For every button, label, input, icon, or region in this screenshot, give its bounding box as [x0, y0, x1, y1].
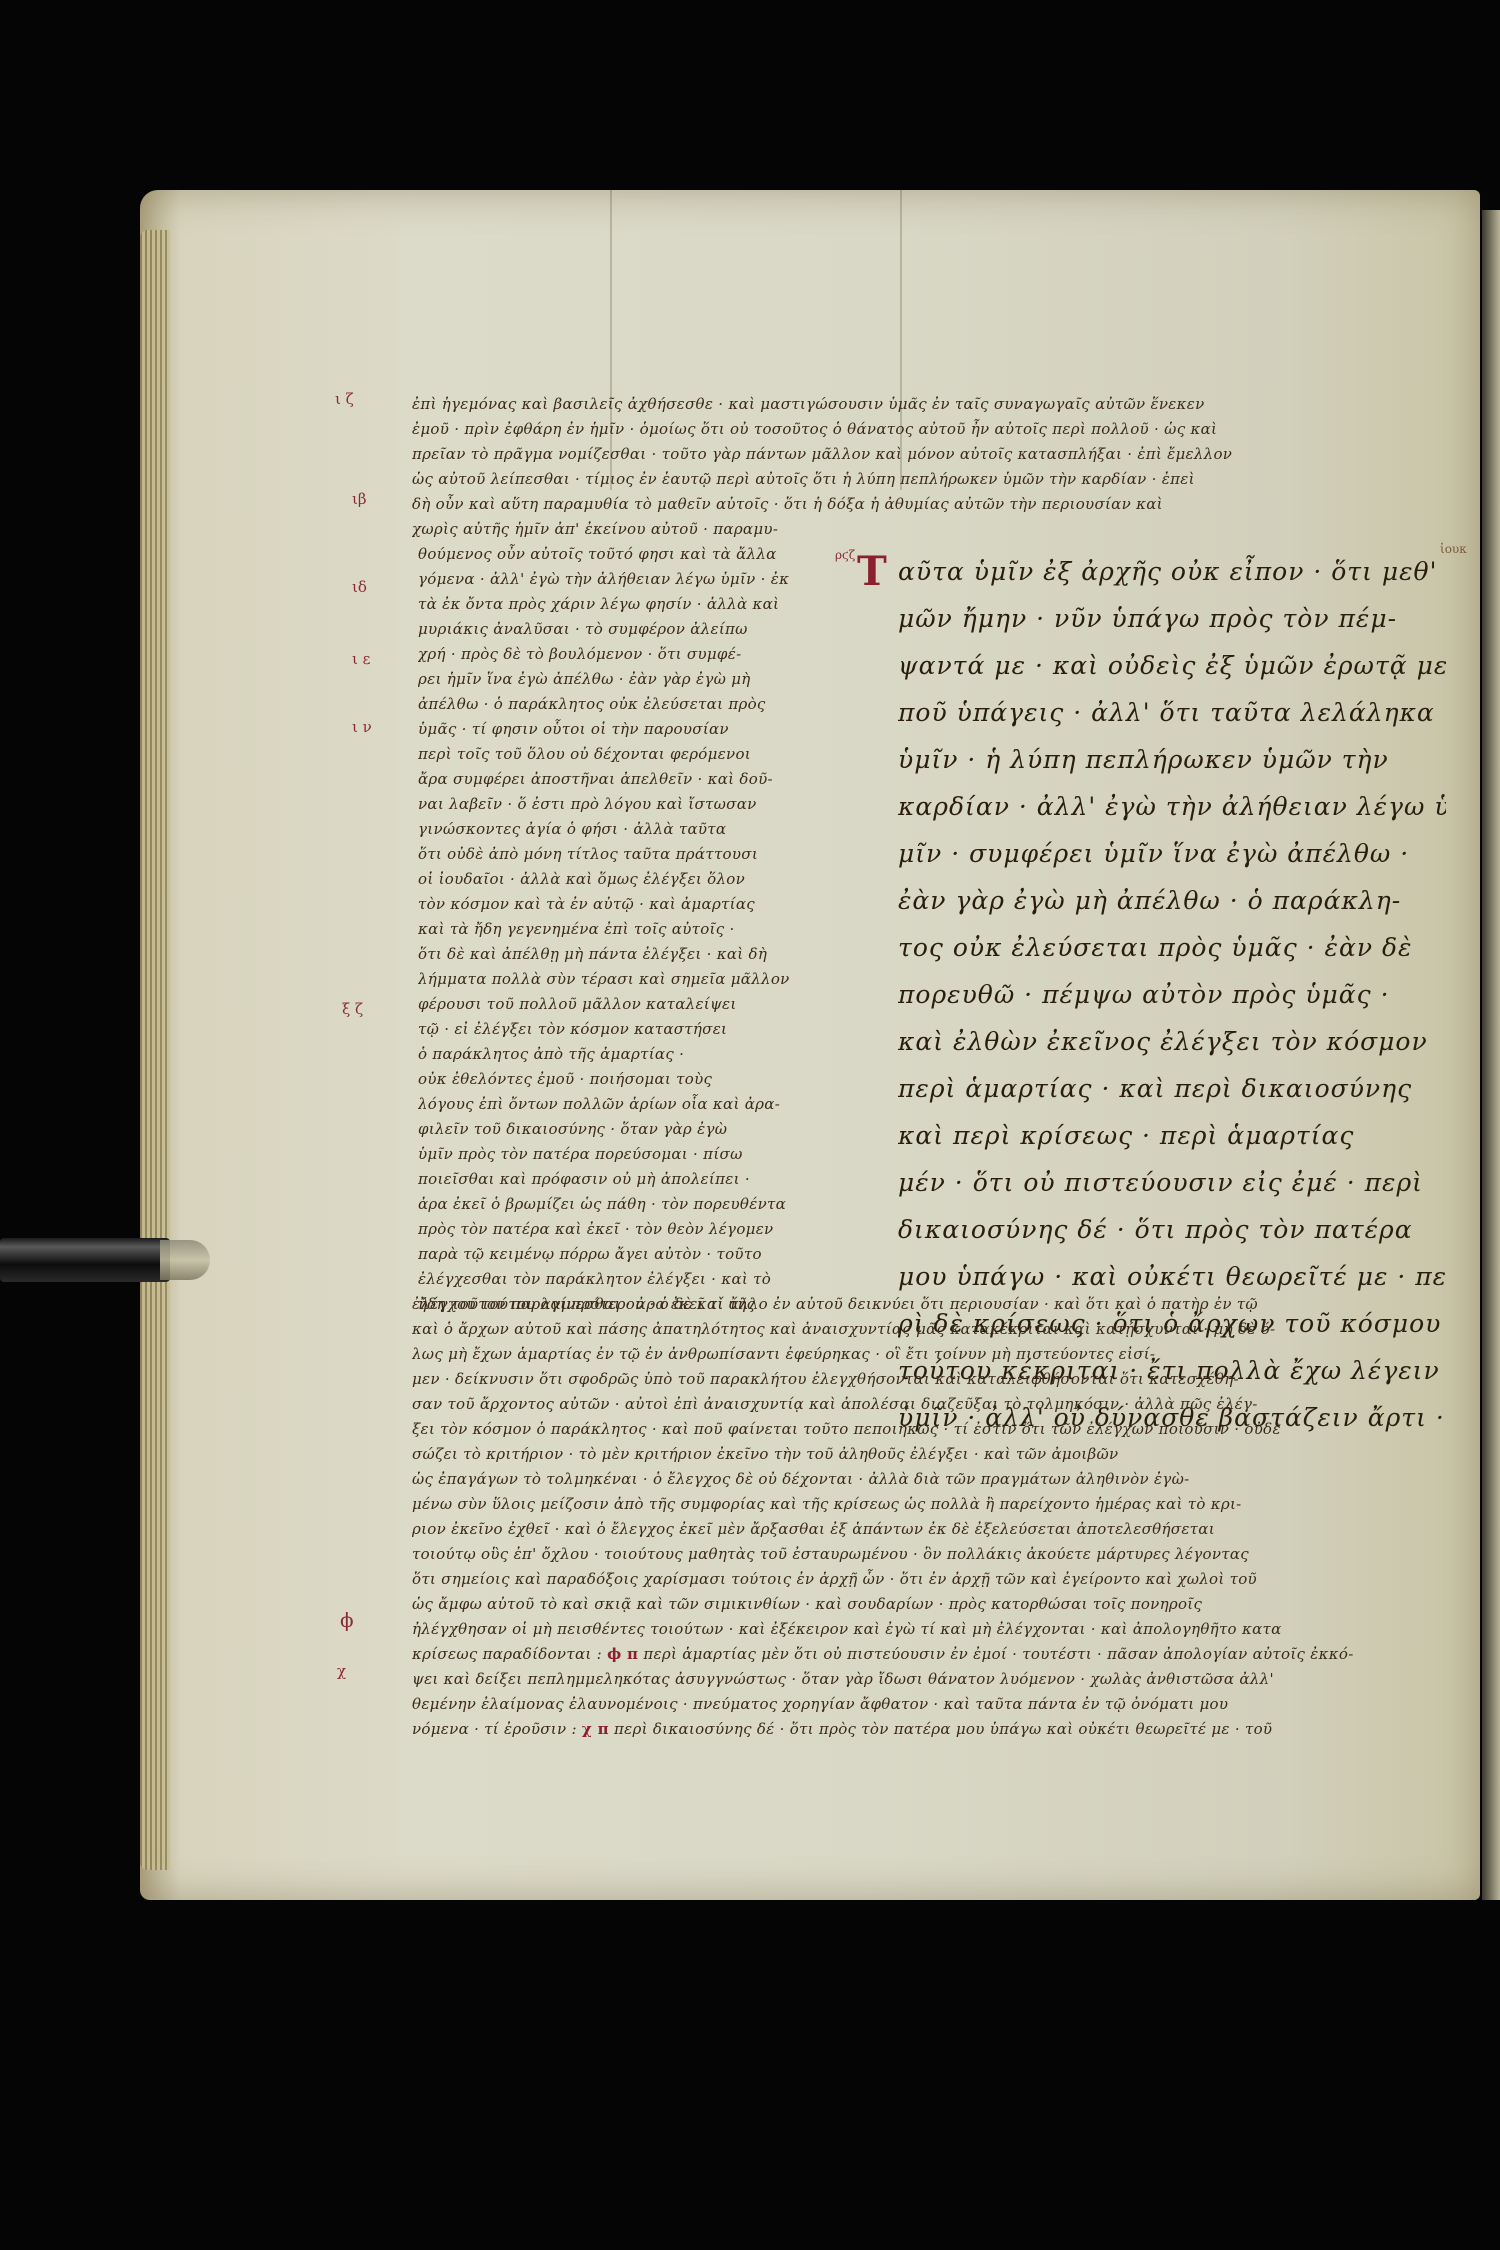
adjacent-leaf-edge — [1482, 210, 1500, 1900]
text-line: μένω σὺν ὕλοις μείζοσιν ἀπὸ τῆς συμφορία… — [412, 1492, 1452, 1517]
text-line: ξει τὸν κόσμον ὁ παράκλητος · καὶ ποῦ φα… — [412, 1417, 1452, 1442]
text-line: ὅτι σημείοις καὶ παραδόξοις χαρίσμασι το… — [412, 1567, 1452, 1592]
text-line: ὡς ἐπαγάγων τὸ τολμηκέναι · ὁ ἔλεγχος δὲ… — [412, 1467, 1452, 1492]
text-line: νόμενα · τί ἐροῦσιν : χ π περὶ δικαιοσύν… — [412, 1717, 1452, 1742]
text-line: λως μὴ ἔχων ἁμαρτίας ἐν τῷ ἐν ἀνθρωπίσαν… — [412, 1342, 1452, 1367]
text-line: ἠλέγχθησαν οἱ μὴ πεισθέντες τοιούτων · κ… — [412, 1617, 1452, 1642]
text-line: καρδίαν · ἀλλ' ἐγὼ τὴν ἀλήθειαν λέγω ὑ- — [898, 783, 1446, 830]
text-line: οὐκ ἐθελόντες ἐμοῦ · ποιήσομαι τοὺς — [418, 1067, 828, 1092]
text-line: κρίσεως παραδίδονται : ϕ π περὶ ἁμαρτίας… — [412, 1642, 1452, 1667]
text-line: καὶ περὶ κρίσεως · περὶ ἁμαρτίας — [898, 1112, 1446, 1159]
text-line: σαν τοῦ ἄρχοντος αὐτῶν · αὐτοὶ ἐπὶ ἀναισ… — [412, 1392, 1452, 1417]
margin-mark: ι ζ — [335, 390, 354, 408]
text-line: γόμενα · ἀλλ' ἐγὼ τὴν ἀλήθειαν λέγω ὑμῖν… — [418, 567, 828, 592]
book-clamp-rod — [0, 1238, 170, 1282]
text-line: φέρουσι τοῦ πολλοῦ μᾶλλον καταλείψει — [418, 992, 828, 1017]
text-line: τῷ · εἰ ἐλέγξει τὸν κόσμον καταστήσει — [418, 1017, 828, 1042]
rubricated-initial: Τ — [857, 548, 887, 595]
text-line: καὶ ὁ ἄρχων αὐτοῦ καὶ πάσης ἀπατηλότητος… — [412, 1317, 1452, 1342]
text-line: πορευθῶ · πέμψω αὐτὸν πρὸς ὑμᾶς · — [898, 971, 1446, 1018]
margin-mark: ϕ — [340, 1608, 354, 1632]
text-line: ποῦ ὑπάγεις · ἀλλ' ὅτι ταῦτα λελάληκα — [898, 689, 1446, 736]
margin-mark: χ — [337, 1662, 346, 1680]
catena-top-block: ἐπὶ ἡγεμόνας καὶ βασιλεῖς ἀχθήσεσθε · κα… — [412, 392, 1452, 542]
text-line: δικαιοσύνης δέ · ὅτι πρὸς τὸν πατέρα — [898, 1206, 1446, 1253]
text-line: ἀρα ἐκεῖ ὁ βρωμίζει ὡς πάθη · τὸν πορευθ… — [418, 1192, 828, 1217]
text-line: ὡς ἄμφω αὐτοῦ τὸ καὶ σκιᾷ καὶ τῶν σιμικι… — [412, 1592, 1452, 1617]
catena-left-column: θούμενος οὖν αὐτοῖς τοῦτό φησι καὶ τὰ ἄλ… — [418, 542, 828, 1317]
text-line: τοιούτῳ οὓς ἐπ' ὄχλου · τοιούτους μαθητὰ… — [412, 1542, 1452, 1567]
text-line: μεν · δείκνυσιν ὅτι σφοδρῶς ὑπὸ τοῦ παρα… — [412, 1367, 1452, 1392]
text-line: θεμένην ἐλαίμονας ἐλαυνομένοις · πνεύματ… — [412, 1692, 1452, 1717]
text-line: δὴ οὖν καὶ αὕτη παραμυθία τὸ μαθεῖν αὐτο… — [412, 492, 1452, 517]
text-line: ὁ παράκλητος ἀπὸ τῆς ἁμαρτίας · — [418, 1042, 828, 1067]
catena-bottom-block: ἐλέγχου τούτου λαμπρότερον · ὁ δὲ καὶ ἄλ… — [412, 1292, 1452, 1742]
text-segment: περὶ ἁμαρτίας μὲν ὅτι οὐ πιστεύουσιν ἐν … — [643, 1645, 1353, 1663]
text-line: καὶ ἐλθὼν ἐκεῖνος ἐλέγξει τὸν κόσμον — [898, 1018, 1446, 1065]
text-line: μῖν · συμφέρει ὑμῖν ἵνα ἐγὼ ἀπέλθω · — [898, 830, 1446, 877]
text-line: ριον ἐκεῖνο ἐχθεῖ · καὶ ὁ ἔλεγχος ἐκεῖ μ… — [412, 1517, 1452, 1542]
text-line: περὶ ἁμαρτίας · καὶ περὶ δικαιοσύνης — [898, 1065, 1446, 1112]
text-line: παρὰ τῷ κειμένῳ πόρρω ἄγει αὐτὸν · τοῦτο — [418, 1242, 828, 1267]
text-line: ὅτι δὲ καὶ ἀπέλθῃ μὴ πάντα ἐλέγξει · καὶ… — [418, 942, 828, 967]
text-line: ἐπὶ ἡγεμόνας καὶ βασιλεῖς ἀχθήσεσθε · κα… — [412, 392, 1452, 417]
text-line: θούμενος οὖν αὐτοῖς τοῦτό φησι καὶ τὰ ἄλ… — [418, 542, 828, 567]
text-segment: κρίσεως παραδίδονται : — [412, 1645, 602, 1663]
text-line: ὑμῖν πρὸς τὸν πατέρα πορεύσομαι · πίσω — [418, 1142, 828, 1167]
text-line: ἀπέλθω · ὁ παράκλητος οὐκ ἐλεύσεται πρὸς — [418, 692, 828, 717]
text-line: τὸν κόσμον καὶ τὰ ἐν αὐτῷ · καὶ ἀμαρτίας — [418, 892, 828, 917]
text-line: ἐλέγχου τούτου λαμπρότερον · ὁ δὲ καὶ ἄλ… — [412, 1292, 1452, 1317]
text-line: πρεῖαν τὸ πρᾶγμα νομίζεσθαι · τοῦτο γὰρ … — [412, 442, 1452, 467]
text-line: οἱ ἰουδαῖοι · ἀλλὰ καὶ ὅμως ἐλέγξει ὅλον — [418, 867, 828, 892]
text-line: φιλεῖν τοῦ δικαιοσύνης · ὅταν γὰρ ἐγὼ — [418, 1117, 828, 1142]
margin-mark: ιδ — [352, 578, 367, 596]
text-line: ρει ἡμῖν ἵνα ἐγὼ ἀπέλθω · ἐὰν γὰρ ἐγὼ μὴ — [418, 667, 828, 692]
rubric-marker: ϕ π — [607, 1645, 638, 1663]
section-number: ρϛζ — [835, 548, 855, 562]
text-line: ψαντά με · καὶ οὐδεὶς ἐξ ὑμῶν ἐρωτᾷ με — [898, 642, 1446, 689]
text-segment: περὶ δικαιοσύνης δέ · ὅτι πρὸς τὸν πατέρ… — [614, 1720, 1272, 1738]
text-line: πρὸς τὸν πατέρα καὶ ἐκεῖ · τὸν θεὸν λέγο… — [418, 1217, 828, 1242]
text-line: αῦτα ὑμῖν ἐξ ἀρχῆς οὐκ εἶπον · ὅτι μεθ' … — [898, 548, 1446, 595]
text-line: μέν · ὅτι οὐ πιστεύουσιν εἰς ἐμέ · περὶ — [898, 1159, 1446, 1206]
text-line: χωρὶς αὐτῆς ἡμῖν ἀπ' ἐκείνου αὐτοῦ · παρ… — [412, 517, 1452, 542]
text-line: ὑμᾶς · τί φησιν οὗτοι οἱ τὴν παρουσίαν — [418, 717, 828, 742]
text-line: ὡς αὐτοῦ λείπεσθαι · τίμιος ἐν ἑαυτῷ περ… — [412, 467, 1452, 492]
text-line: ναι λαβεῖν · ὅ ἐστι πρὸ λόγου καὶ ἴστωσα… — [418, 792, 828, 817]
text-line: ἄρα συμφέρει ἀποστῆναι ἀπελθεῖν · καὶ δο… — [418, 767, 828, 792]
text-line: ἐὰν γὰρ ἐγὼ μὴ ἀπέλθω · ὁ παράκλη- — [898, 877, 1446, 924]
text-line: τὰ ἐκ ὄντα πρὸς χάριν λέγω φησίν · ἀλλὰ … — [418, 592, 828, 617]
text-line: ποιεῖσθαι καὶ πρόφασιν οὐ μὴ ἀπολείπει · — [418, 1167, 828, 1192]
text-line: λόγους ἐπὶ ὄντων πολλῶν ἁρίων οἷα καὶ ἀρ… — [418, 1092, 828, 1117]
text-line: καὶ τὰ ἤδη γεγενημένα ἐπὶ τοῖς αὐτοῖς · — [418, 917, 828, 942]
margin-mark: ξ ζ — [342, 1000, 363, 1018]
book-clamp-tip — [160, 1240, 210, 1280]
text-line: ἐλέγχεσθαι τὸν παράκλητον ἐλέγξει · καὶ … — [418, 1267, 828, 1292]
text-line: τος οὐκ ἐλεύσεται πρὸς ὑμᾶς · ἐὰν δὲ — [898, 924, 1446, 971]
margin-mark: ιβ — [352, 490, 367, 508]
text-line: περὶ τοῖς τοῦ ὅλου οὐ δέχονται φερόμενοι — [418, 742, 828, 767]
text-segment: νόμενα · τί ἐροῦσιν : — [412, 1720, 577, 1738]
text-line: ὅτι οὐδὲ ἀπὸ μόνη τίτλος ταῦτα πράττουσι — [418, 842, 828, 867]
text-line: ἐμοῦ · πρὶν ἐφθάρη ἐν ἡμῖν · ὁμοίως ὅτι … — [412, 417, 1452, 442]
text-line: λήμματα πολλὰ σὺν τέρασι καὶ σημεῖα μᾶλλ… — [418, 967, 828, 992]
text-line: σώζει τὸ κριτήριον · τὸ μὲν κριτήριον ἐκ… — [412, 1442, 1452, 1467]
text-line: ὑμῖν · ἡ λύπη πεπλήρωκεν ὑμῶν τὴν — [898, 736, 1446, 783]
rubric-marker: χ π — [582, 1720, 609, 1738]
text-line: μυριάκις ἀναλῦσαι · τὸ συμφέρον ἀλείπω — [418, 617, 828, 642]
text-line: χρή · πρὸς δὲ τὸ βουλόμενον · ὅτι συμφέ- — [418, 642, 828, 667]
margin-mark: ι ε — [352, 650, 370, 668]
text-line: γινώσκοντες ἀγία ὁ φήσι · ἀλλὰ ταῦτα — [418, 817, 828, 842]
margin-mark: ι ν — [352, 718, 372, 736]
text-line: μῶν ἤμην · νῦν ὑπάγω πρὸς τὸν πέμ- — [898, 595, 1446, 642]
text-line: ψει καὶ δείξει πεπλημμεληκότας ἀσυγγνώστ… — [412, 1667, 1452, 1692]
